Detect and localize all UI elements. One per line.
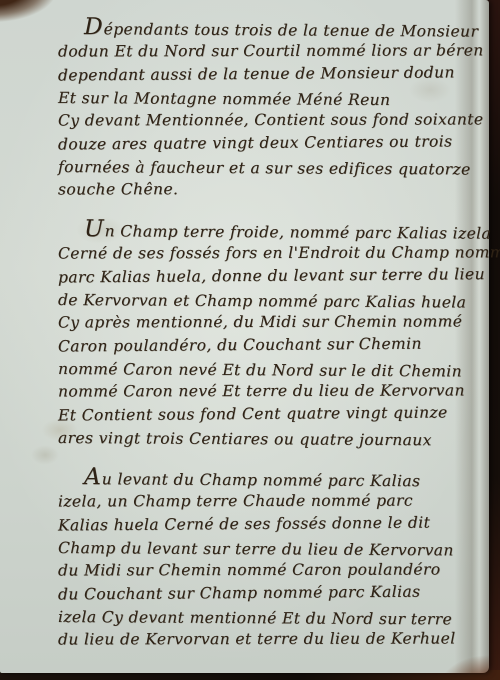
manuscript-line: Caron poulandéro, du Couchant sur Chemin (58, 332, 475, 358)
manuscript-line: Cy devant Mentionnée, Contient sous fond… (58, 108, 475, 132)
manuscript-line: Cy après mentionné, du Midi sur Chemin n… (58, 310, 475, 334)
manuscript-line: dodun Et du Nord sur Courtil nommé liors… (58, 39, 475, 63)
paragraph-2: Un Champ terre froide, nommé parc Kalias… (58, 217, 475, 450)
manuscript-text-block: Dépendants tous trois de la tenue de Mon… (0, 0, 489, 667)
manuscript-line: izela, un Champ terre Chaude nommé parc (58, 489, 475, 513)
manuscript-line: Kalias huela Cerné de ses fossés donne l… (58, 511, 475, 537)
paragraph-3: Au levant du Champ nommé parc Kalias ize… (58, 465, 475, 652)
manuscript-line: souche Chêne. (58, 177, 475, 201)
manuscript-line: dependant aussi de la tenue de Monsieur … (58, 61, 475, 87)
manuscript-line: nommé Caron nevé Et terre du lieu de Ker… (58, 379, 475, 403)
manuscript-line: du Couchant sur Champ nommé parc Kalias (58, 580, 475, 606)
manuscript-line: du Midi sur Chemin nommé Caron poulandér… (58, 558, 475, 582)
manuscript-paper: Dépendants tous trois de la tenue de Mon… (0, 0, 489, 673)
paragraph-1: Dépendants tous trois de la tenue de Mon… (58, 15, 475, 202)
manuscript-line: ares vingt trois Centiares ou quatre jou… (58, 427, 475, 453)
manuscript-line: parc Kalias huela, donne du levant sur t… (58, 263, 475, 289)
manuscript-line: du lieu de Kervorvan et terre du lieu de… (58, 627, 475, 651)
manuscript-photo: Dépendants tous trois de la tenue de Mon… (0, 0, 500, 680)
manuscript-line: douze ares quatre vingt deux Centiares o… (58, 130, 475, 156)
manuscript-line: Cerné de ses fossés fors en l'Endroit du… (58, 241, 475, 265)
manuscript-line: Et Contient sous fond Cent quatre vingt … (58, 401, 475, 427)
